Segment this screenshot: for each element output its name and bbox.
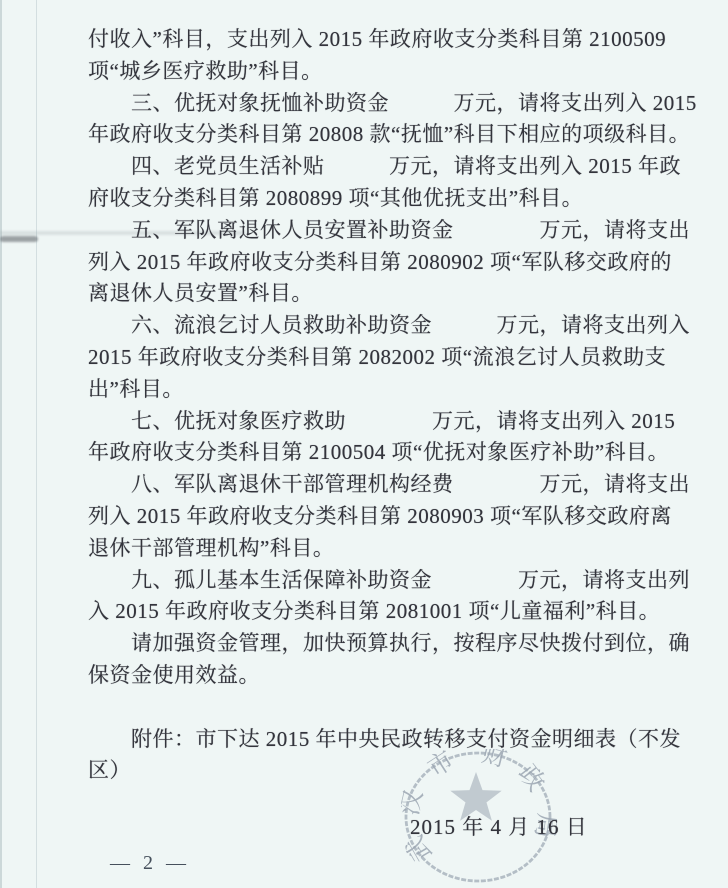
text-line: 请加强资金管理，加快预算执行，按程序尽快拨付到位，确 bbox=[88, 628, 680, 660]
document-body-text: 付收入”科目，支出列入 2015 年政府收支分类科目第 2100509项“城乡医… bbox=[88, 24, 680, 787]
text-line: 付收入”科目，支出列入 2015 年政府收支分类科目第 2100509 bbox=[88, 24, 680, 56]
scan-smudge-artifact bbox=[0, 236, 38, 242]
text-line: 七、优抚对象医疗救助 万元，请将支出列入 2015 bbox=[88, 406, 680, 438]
text-line: 年政府收支分类科目第 2100504 项“优抚对象医疗补助”科目。 bbox=[88, 437, 680, 469]
text-line: 府收支分类科目第 2080899 项“其他优抚支出”科目。 bbox=[88, 183, 680, 215]
text-line: 保资金使用效益。 bbox=[88, 660, 680, 692]
text-line: 列入 2015 年政府收支分类科目第 2080903 项“军队移交政府离 bbox=[88, 501, 680, 533]
text-line: 列入 2015 年政府收支分类科目第 2080902 项“军队移交政府的 bbox=[88, 247, 680, 279]
text-line: 区） bbox=[88, 755, 680, 787]
text-line: 离退休人员安置”科目。 bbox=[88, 278, 680, 310]
seal-char: 财 bbox=[479, 749, 510, 772]
text-line: 项“城乡医疗救助”科目。 bbox=[88, 56, 680, 88]
text-line: 退休干部管理机构”科目。 bbox=[88, 533, 680, 565]
text-line: 出”科目。 bbox=[88, 374, 680, 406]
text-line: 五、军队离退休人员安置补助资金 万元，请将支出 bbox=[88, 215, 680, 247]
scan-edge-shadow bbox=[0, 0, 2, 888]
document-date: 2015 年 4 月 16 日 bbox=[410, 811, 588, 841]
text-line: 八、军队离退休干部管理机构经费 万元，请将支出 bbox=[88, 469, 680, 501]
text-line: 附件：市下达 2015 年中央民政转移支付资金明细表（不发 bbox=[88, 724, 680, 756]
text-line: 入 2015 年政府收支分类科目第 2081001 项“儿童福利”科目。 bbox=[88, 596, 680, 628]
text-line: 四、老党员生活补贴 万元，请将支出列入 2015 年政 bbox=[88, 151, 680, 183]
seal-char: 市 bbox=[423, 749, 459, 783]
text-line: 年政府收支分类科目第 20808 款“抚恤”科目下相应的项级科目。 bbox=[88, 119, 680, 151]
paper-fold-line bbox=[36, 0, 37, 888]
text-line: 三、优抚对象抚恤补助资金 万元，请将支出列入 2015 bbox=[88, 88, 680, 120]
scanned-document-page: 付收入”科目，支出列入 2015 年政府收支分类科目第 2100509项“城乡医… bbox=[0, 0, 728, 888]
page-number: — 2 — bbox=[110, 852, 190, 875]
text-line: 九、孤儿基本生活保障补助资金 万元，请将支出列 bbox=[88, 565, 680, 597]
text-line: 六、流浪乞讨人员救助补助资金 万元，请将支出列入 bbox=[88, 310, 680, 342]
text-line: 2015 年政府收支分类科目第 2082002 项“流浪乞讨人员救助支 bbox=[88, 342, 680, 374]
text-line bbox=[88, 692, 680, 724]
